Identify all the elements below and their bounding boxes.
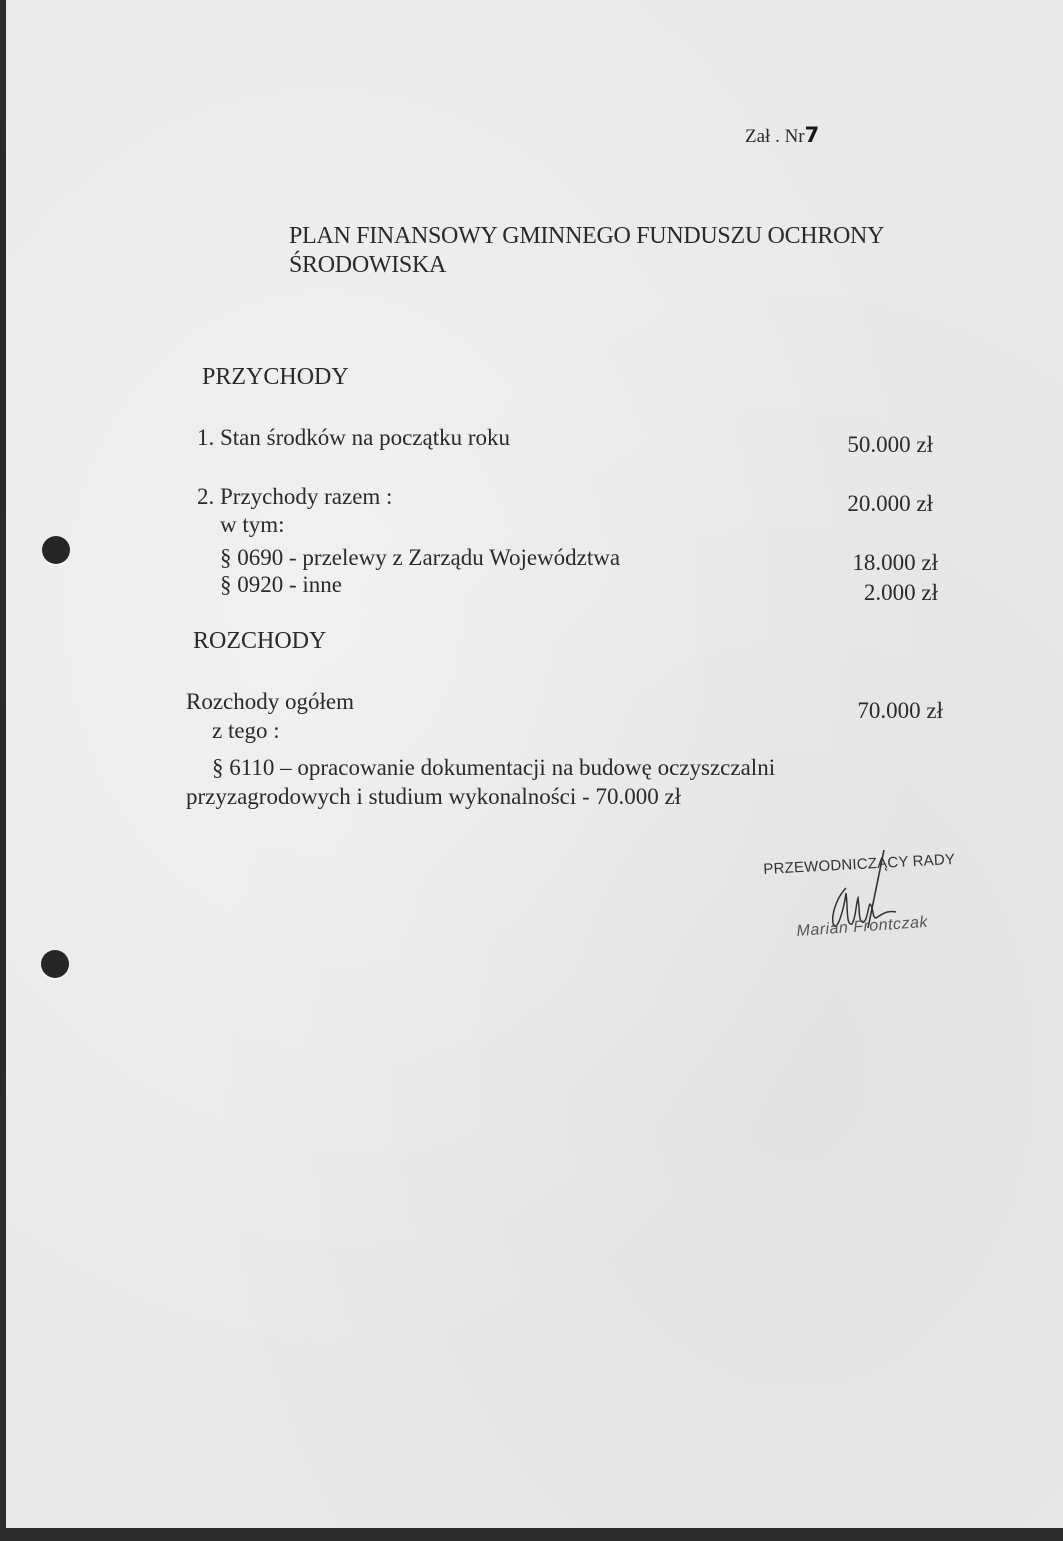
income-item-label: 1. Stan środków na początku roku [197,425,510,451]
income-item-amount: 2.000 zł [798,580,938,606]
expenses-sub-label: z tego : [212,718,280,744]
income-item-label: § 0920 - inne [220,572,342,598]
punch-hole [41,950,69,978]
expenses-total-amount: 70.000 zł [803,698,943,724]
income-item-label: 2. Przychody razem : [197,484,392,510]
income-item-amount: 50.000 zł [793,432,933,458]
scanned-page: Zał . Nr7 PLAN FINANSOWY GMINNEGO FUNDUS… [6,0,1063,1528]
punch-hole [42,536,70,564]
income-item-amount: 20.000 zł [793,491,933,517]
attachment-label: Zał . Nr [745,126,805,147]
expenses-detail-line-2: przyzagrodowych i studium wykonalności -… [186,784,681,810]
income-item-label: § 0690 - przelewy z Zarządu Województwa [220,545,620,571]
expenses-total-label: Rozchody ogółem [186,689,354,715]
attachment-number: Zał . Nr7 [745,123,818,148]
income-item-amount: 18.000 zł [798,550,938,576]
attachment-handwritten-number: 7 [805,123,819,147]
document-title: PLAN FINANSOWY GMINNEGO FUNDUSZU OCHRONY… [289,222,884,280]
title-line-1: PLAN FINANSOWY GMINNEGO FUNDUSZU OCHRONY [289,222,884,251]
income-heading: PRZYCHODY [202,364,349,391]
title-line-2: ŚRODOWISKA [289,251,884,280]
expenses-heading: ROZCHODY [193,628,326,655]
income-item-label: w tym: [220,512,285,538]
expenses-detail-line-1: § 6110 – opracowanie dokumentacji na bud… [212,755,775,781]
